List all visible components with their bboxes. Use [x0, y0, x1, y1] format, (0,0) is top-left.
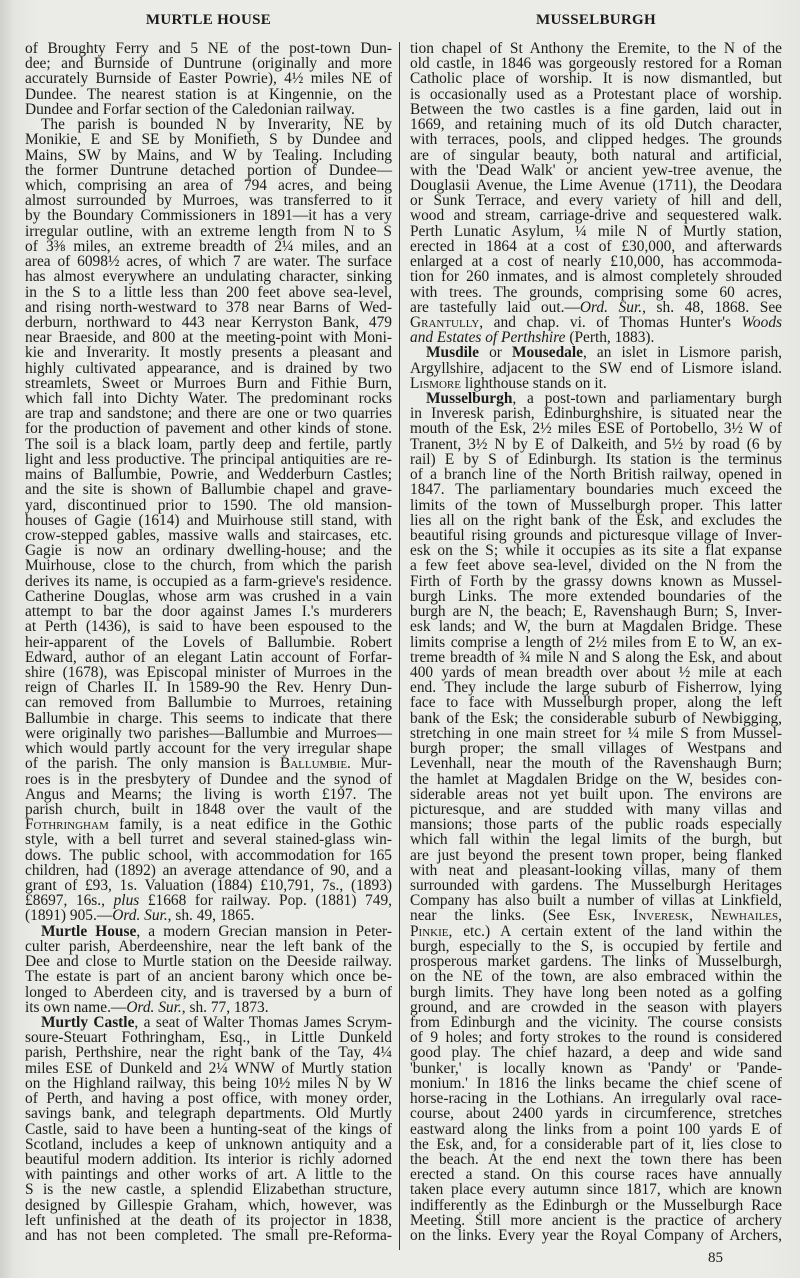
text-line: derburn, northward to 443 near Kerryston… — [25, 315, 392, 330]
text-line: and Estates of Perthshire (Perth, 1883). — [410, 330, 782, 345]
text-line: kie and Inverarity. It mostly presents a… — [25, 345, 392, 360]
text-line: Douglasii Avenue, the Lime Avenue (1711)… — [410, 178, 782, 193]
text-line: with neat and pleasant-looking villas, m… — [410, 863, 782, 878]
text-line: esk on the S; while it occupies as its s… — [410, 543, 782, 558]
text-line: children, had (1892) an average attendan… — [25, 863, 392, 878]
text-line: the Esk, and, for a considerable part of… — [410, 1137, 782, 1152]
text-line: grant of £93, 1s. Valuation (1884) £10,7… — [25, 878, 392, 893]
text-line: longed to Aberdeen city, and is traverse… — [25, 985, 392, 1000]
text-line: its own name.—Ord. Sur., sh. 77, 1873. — [25, 1000, 392, 1015]
text-line: Musselburgh, a post-town and parliamenta… — [410, 391, 782, 406]
text-line: were originally two parishes—Ballumbie a… — [25, 726, 392, 741]
text-line: good play. The chief hazard, a deep and … — [410, 1045, 782, 1060]
text-line: area of 6098½ acres, of which 7 are wate… — [25, 254, 392, 269]
text-line: streamlets, Sweet or Murroes Burn and Fi… — [25, 376, 392, 391]
text-line: lies all on the right bank of the Esk, a… — [410, 513, 782, 528]
text-line: Mains, SW by Mains, and W by Tealing. In… — [25, 148, 392, 163]
text-line: (1891) 905.—Ord. Sur., sh. 49, 1865. — [25, 908, 392, 923]
text-line: burgh limits. They have long been noted … — [410, 985, 782, 1000]
text-line: mains of Ballumbie, Powrie, and Wedderbu… — [25, 467, 392, 482]
text-line: is occasionally used as a Protestant pla… — [410, 87, 782, 102]
text-line: Gagie is now an ordinary dwelling-house;… — [25, 543, 392, 558]
text-line: The estate is part of an ancient barony … — [25, 969, 392, 984]
text-line: of 3⅜ miles, an extreme breadth of 2¼ mi… — [25, 239, 392, 254]
text-line: attempt to bar the door against James I.… — [25, 604, 392, 619]
text-line: Argyllshire, adjacent to the SW end of L… — [410, 361, 782, 376]
text-line: face to face with Musselburgh proper, al… — [410, 695, 782, 710]
text-line: S is the new castle, a splendid Elizabet… — [25, 1182, 392, 1197]
text-line: 1847. The parliamentary boundaries much … — [410, 482, 782, 497]
text-line: reign of Charles II. In 1589-90 the Rev.… — [25, 680, 392, 695]
text-line: of the parish. The only mansion is Ballu… — [25, 756, 392, 771]
text-line: ground, and are crowded in the season wi… — [410, 1000, 782, 1015]
text-line: tion chapel of St Anthony the Eremite, t… — [410, 41, 782, 56]
text-line: 400 yards of mean breadth over about ½ m… — [410, 665, 782, 680]
text-line: and the site is shown of Ballumbie chape… — [25, 482, 392, 497]
text-line: by the Boundary Commissioners in 1891—it… — [25, 208, 392, 223]
text-line: mouth of the Esk, 2½ miles ESE of Portob… — [410, 421, 782, 436]
text-line: are trap and sandstone; and there are on… — [25, 406, 392, 421]
text-line: highly cultivated appearance, and is dra… — [25, 361, 392, 376]
text-line: burgh Links. The more extended boundarie… — [410, 589, 782, 604]
text-line: are tastefully laid out.—Ord. Sur., sh. … — [410, 300, 782, 315]
text-run: , an islet in Lismore parish, — [583, 344, 782, 361]
text-line: burgh proper; the small villages of West… — [410, 741, 782, 756]
text-line: the hamlet at Magdalen Bridge on the W, … — [410, 772, 782, 787]
text-run: . Mur- — [347, 755, 392, 772]
text-line: houses of Gagie (1614) and Muirhouse sti… — [25, 513, 392, 528]
text-line: erected in 1864 at a cost of £30,000, an… — [410, 239, 782, 254]
text-line: parish church, built in 1848 over the va… — [25, 802, 392, 817]
gazetteer-page: MURTLE HOUSE MUSSELBURGH of Broughty Fer… — [0, 0, 800, 1278]
text-line: has almost everywhere an undulating char… — [25, 269, 392, 284]
text-line: with trees. The grounds, comprising some… — [410, 285, 782, 300]
text-line: on the links. Every year the Royal Compa… — [410, 1228, 782, 1243]
text-line: burgh, especially to the S, is occupied … — [410, 939, 782, 954]
text-line: Dundee and Forfar section of the Caledon… — [25, 102, 392, 117]
text-line: crow-stepped gables, massive walls and s… — [25, 528, 392, 543]
text-line: and rising north-westward to 378 near Ba… — [25, 300, 392, 315]
text-line: course, about 2400 yards in circumferenc… — [410, 1106, 782, 1121]
text-line: Angus and Mearns; the living is worth £1… — [25, 787, 392, 802]
text-line: Monikie, E and SE by Monifieth, S by Dun… — [25, 132, 392, 147]
text-line: shire (1678), was Episcopal minister of … — [25, 665, 392, 680]
text-line: miles ESE of Dunkeld and 2¼ WNW of Murtl… — [25, 1061, 392, 1076]
text-line: designed by Gillespie Graham, which, how… — [25, 1198, 392, 1213]
text-line: end. They include the large suburb of Fi… — [410, 680, 782, 695]
text-line: culter parish, Aberdeenshire, near the l… — [25, 939, 392, 954]
text-line: heir-apparent of the Lovels of Ballumbie… — [25, 635, 392, 650]
text-line: limits of the town of Musselburgh proper… — [410, 498, 782, 513]
text-line: Pinkie, etc.) A certain extent of the la… — [410, 924, 782, 939]
text-line: on the NE of the town, are also embraced… — [410, 969, 782, 984]
text-line: or Sunk Terrace, and every variety of hi… — [410, 193, 782, 208]
text-line: eastward along the links from a point 10… — [410, 1122, 782, 1137]
text-line: of a branch line of the North British ra… — [410, 467, 782, 482]
text-line: Company has also built a number of villa… — [410, 893, 782, 908]
text-line: stretching in one main street for ¼ mile… — [410, 726, 782, 741]
right-text-column: tion chapel of St Anthony the Eremite, t… — [410, 41, 782, 1243]
text-line: Ballumbie in charge. This seems to indic… — [25, 711, 392, 726]
text-line: which, comprising an area of 794 acres, … — [25, 178, 392, 193]
text-line: the former Duntrune detached portion of … — [25, 163, 392, 178]
text-line: wood and stream, carriage-drive and sequ… — [410, 208, 782, 223]
text-line: of Broughty Ferry and 5 NE of the post-t… — [25, 41, 392, 56]
text-line: are just beyond the present town proper,… — [410, 848, 782, 863]
text-line: Catholic place of worship. It is now dis… — [410, 71, 782, 86]
text-line: Perth Lunatic Asylum, ¼ mile N of Murtly… — [410, 224, 782, 239]
text-line: derives its name, is occupied as a farm-… — [25, 574, 392, 589]
text-line: £8697, 16s., plus £1668 for railway. Pop… — [25, 893, 392, 908]
text-line: beautiful rising grounds and picturesque… — [410, 528, 782, 543]
text-line: Meeting. Still more ancient is the pract… — [410, 1213, 782, 1228]
text-line: roes is in the presbytery of Dundee and … — [25, 772, 392, 787]
text-line: Fothringham family, is a neat edifice in… — [25, 817, 392, 832]
text-line: 1669, and retaining much of its old Dutc… — [410, 117, 782, 132]
text-line: Dee and close to Murtle station on the D… — [25, 954, 392, 969]
text-line: The parish is bounded N by Inverarity, N… — [25, 117, 392, 132]
text-line: limits comprise a length of 2½ miles fro… — [410, 635, 782, 650]
text-line: mansions; those parts of the public road… — [410, 817, 782, 832]
text-line: can removed from Ballumbie to Murroes, r… — [25, 695, 392, 710]
text-line: almost surrounded by Murroes, was transf… — [25, 193, 392, 208]
text-line: of Perth, and having a post office, with… — [25, 1091, 392, 1106]
text-line: tion for 260 inmates, and is almost comp… — [410, 269, 782, 284]
text-line: from Edinburgh and the vicinity. The cou… — [410, 1015, 782, 1030]
text-line: style, with a bell turret and several st… — [25, 832, 392, 847]
text-line: enlarged at a cost of nearly £10,000, ha… — [410, 254, 782, 269]
text-line: for the production of pavement and other… — [25, 421, 392, 436]
text-run: or — [479, 344, 512, 361]
text-line: indifferently as the Edinburgh or the Mu… — [410, 1198, 782, 1213]
text-line: Levenhall, near the mouth of the Ravensh… — [410, 756, 782, 771]
italic-text: Woods — [742, 314, 782, 331]
text-line: Catherine Douglas, whose arm was crushed… — [25, 589, 392, 604]
left-text-column: of Broughty Ferry and 5 NE of the post-t… — [25, 41, 392, 1243]
text-line: taken place every autumn since 1817, whi… — [410, 1182, 782, 1197]
text-line: dee; and Burnside of Duntrune (originall… — [25, 56, 392, 71]
text-line: the beach. At the end next the town ther… — [410, 1152, 782, 1167]
text-line: Muirhouse, close to the church, from whi… — [25, 558, 392, 573]
text-line: yard, discontinued prior to 1590. The ol… — [25, 498, 392, 513]
text-line: parish, Perthshire, near the right bank … — [25, 1045, 392, 1060]
text-line: The soil is a black loam, partly deep an… — [25, 437, 392, 452]
text-line: soure-Steuart Fothringham, Esq., in Litt… — [25, 1030, 392, 1045]
text-line: which fall within the legal limits of th… — [410, 832, 782, 847]
text-line: left unfinished at the death of its proj… — [25, 1213, 392, 1228]
text-line: dows. The public school, with accommodat… — [25, 848, 392, 863]
text-line: near Braeside, and 800 at the meeting-po… — [25, 330, 392, 345]
text-line: horse-racing in the Lothians. An irregul… — [410, 1091, 782, 1106]
text-line: burgh are N, the beach; E, Ravenshaugh B… — [410, 604, 782, 619]
text-line: are of singular beauty, both natural and… — [410, 148, 782, 163]
text-line: Edward, author of an elegant Latin accou… — [25, 650, 392, 665]
text-line: Grantully, and chap. vi. of Thomas Hunte… — [410, 315, 782, 330]
text-line: a few feet above sea-level, divided on t… — [410, 558, 782, 573]
running-head-right: MUSSELBURGH — [410, 12, 782, 29]
running-head-left: MURTLE HOUSE — [25, 12, 392, 29]
text-line: which fall into Dichty Water. The predom… — [25, 391, 392, 406]
text-line: with paintings and other works of art. A… — [25, 1167, 392, 1182]
text-line: treme breadth of ¾ mile N and S along th… — [410, 650, 782, 665]
text-line: which would partly account for the very … — [25, 741, 392, 756]
text-line: Castle, said to have been a hunting-seat… — [25, 1122, 392, 1137]
text-line: with the 'Dead Walk' or ancient yew-tree… — [410, 163, 782, 178]
text-line: old castle, in 1846 was gorgeously resto… — [410, 56, 782, 71]
text-line: picturesque, and are studded with many v… — [410, 802, 782, 817]
entry-headword: Musdile — [426, 344, 479, 361]
text-line: Between the two castles is a fine garden… — [410, 102, 782, 117]
text-line: at Perth (1436), is said to have been es… — [25, 619, 392, 634]
text-line: Murtly Castle, a seat of Walter Thomas J… — [25, 1015, 392, 1030]
text-line: 'bunker,' is locally known as 'Pandy' or… — [410, 1061, 782, 1076]
text-line: near the links. (See Esk, Inveresk, Newh… — [410, 908, 782, 923]
text-line: irregular outline, with an extreme lengt… — [25, 224, 392, 239]
text-line: light and less productive. The principal… — [25, 452, 392, 467]
text-line: in the S to a little less than 200 feet … — [25, 285, 392, 300]
entry-headword: Mousedale — [512, 344, 583, 361]
text-line: Tranent, 3½ N by E of Dalkeith, and 5½ b… — [410, 437, 782, 452]
text-line: esk lands; and W, the burn at Magdalen B… — [410, 619, 782, 634]
text-line: Dundee. The nearest station is at Kingen… — [25, 87, 392, 102]
text-line: savings bank, and telegraph departments.… — [25, 1106, 392, 1121]
text-line: on the Highland railway, this being 10½ … — [25, 1076, 392, 1091]
text-line: siderable areas not yet built upon. The … — [410, 787, 782, 802]
text-line: prosperous market gardens. The links of … — [410, 954, 782, 969]
column-divider — [399, 42, 400, 1250]
text-run: of the parish. The only mansion is — [25, 755, 280, 772]
text-line: beautiful modern addition. Its interior … — [25, 1152, 392, 1167]
text-line: accurately Burnside of Easter Powrie), 4… — [25, 71, 392, 86]
page-number: 85 — [708, 1250, 723, 1267]
text-line: Scotland, includes a keep of unknown ant… — [25, 1137, 392, 1152]
text-line: and has not been completed. The small pr… — [25, 1228, 392, 1243]
text-line: in Inveresk parish, Edinburghshire, is s… — [410, 406, 782, 421]
text-line: bank of the Esk; the considerable suburb… — [410, 711, 782, 726]
cross-reference: Ballumbie — [280, 755, 347, 772]
text-line: erected a stand. On this course races ha… — [410, 1167, 782, 1182]
text-line: Firth of Forth by the grassy downs known… — [410, 574, 782, 589]
text-line: with terraces, pools, and clipped hedges… — [410, 132, 782, 147]
text-line: Lismore lighthouse stands on it. — [410, 376, 782, 391]
text-line: Musdile or Mousedale, an islet in Lismor… — [410, 345, 782, 360]
text-line: rail) E by S of Edinburgh. Its station i… — [410, 452, 782, 467]
text-line: surrounded with gardens. The Musselburgh… — [410, 878, 782, 893]
text-line: monium.' In 1816 the links became the ch… — [410, 1076, 782, 1091]
text-line: of 9 holes; and forty strokes to the rou… — [410, 1030, 782, 1045]
text-line: Murtle House, a modern Grecian mansion i… — [25, 924, 392, 939]
